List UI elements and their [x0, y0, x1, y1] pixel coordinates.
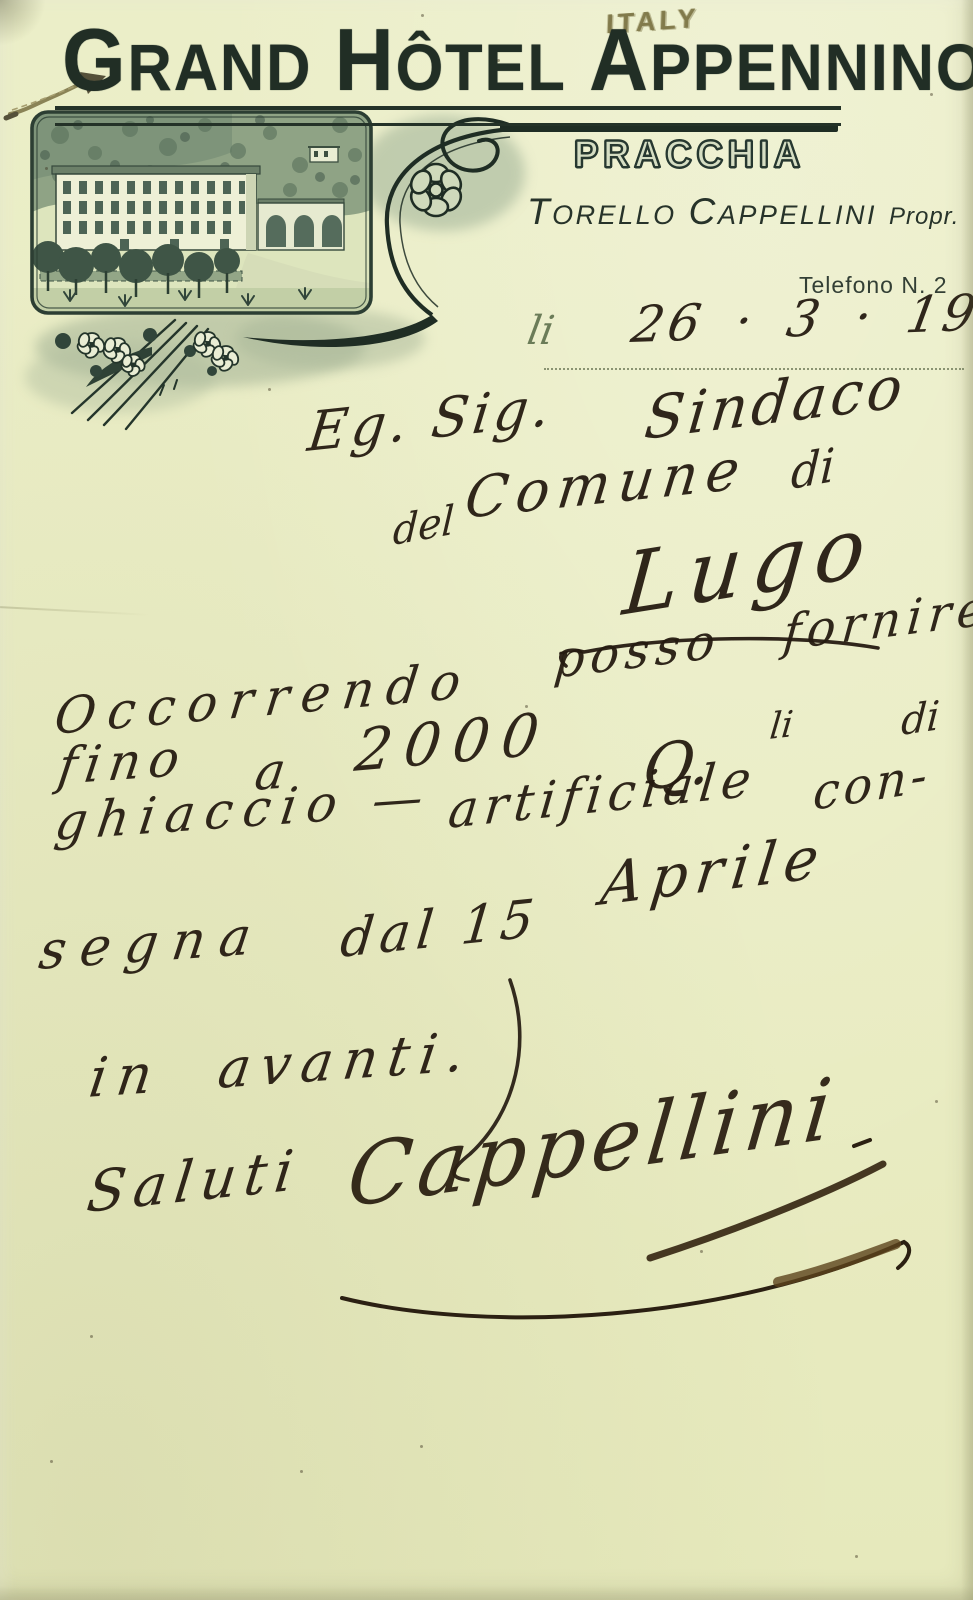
body-dal-15: dal 15	[338, 892, 542, 966]
closing-saluti: Saluti	[84, 1143, 304, 1222]
handwritten-date: 26 · 3 · 1921	[628, 285, 973, 350]
body-2000: 2000	[352, 704, 554, 780]
hillside-house	[308, 147, 340, 162]
flower-bouquet	[55, 320, 240, 429]
recipient-line-2c: di	[790, 441, 836, 496]
paper-edge-right	[961, 0, 973, 1600]
hotel-name-initial: G	[62, 10, 128, 109]
body-fino: fino	[55, 732, 191, 792]
body-di: di	[900, 696, 941, 742]
letterhead-document: ITALY GRANDHÔTELAPPENNINO PRACCHIA TOREL…	[0, 0, 973, 1600]
recipient-line-1b: Sindaco	[642, 357, 909, 448]
paper-crease	[0, 606, 150, 616]
paper-edge-bottom	[0, 1586, 973, 1600]
body-quintali-li: li	[768, 707, 795, 746]
body-aprile: Aprile	[598, 827, 830, 914]
scroll-flower	[407, 164, 465, 216]
recipient-line-2a: del	[392, 500, 455, 552]
proprietor-title: Propr.	[889, 203, 959, 230]
proprietor-line: TORELLOCAPPELLINIPropr.	[527, 193, 959, 230]
header-double-rule	[55, 106, 841, 126]
body-segna: segna	[36, 910, 268, 978]
hotel-building	[52, 166, 344, 250]
hotel-name: GRANDHÔTELAPPENNINO	[62, 16, 973, 104]
location-name: PRACCHIA	[574, 134, 805, 177]
recipient-line-1: Eg. Sig.	[305, 379, 557, 460]
signature: Cappellini	[344, 1065, 841, 1220]
paper-corner-shadow	[0, 0, 46, 46]
body-con: con-	[812, 750, 932, 818]
recipient-line-2b: Comune	[462, 441, 750, 528]
body-in-avanti: in avanti.	[86, 1024, 478, 1106]
